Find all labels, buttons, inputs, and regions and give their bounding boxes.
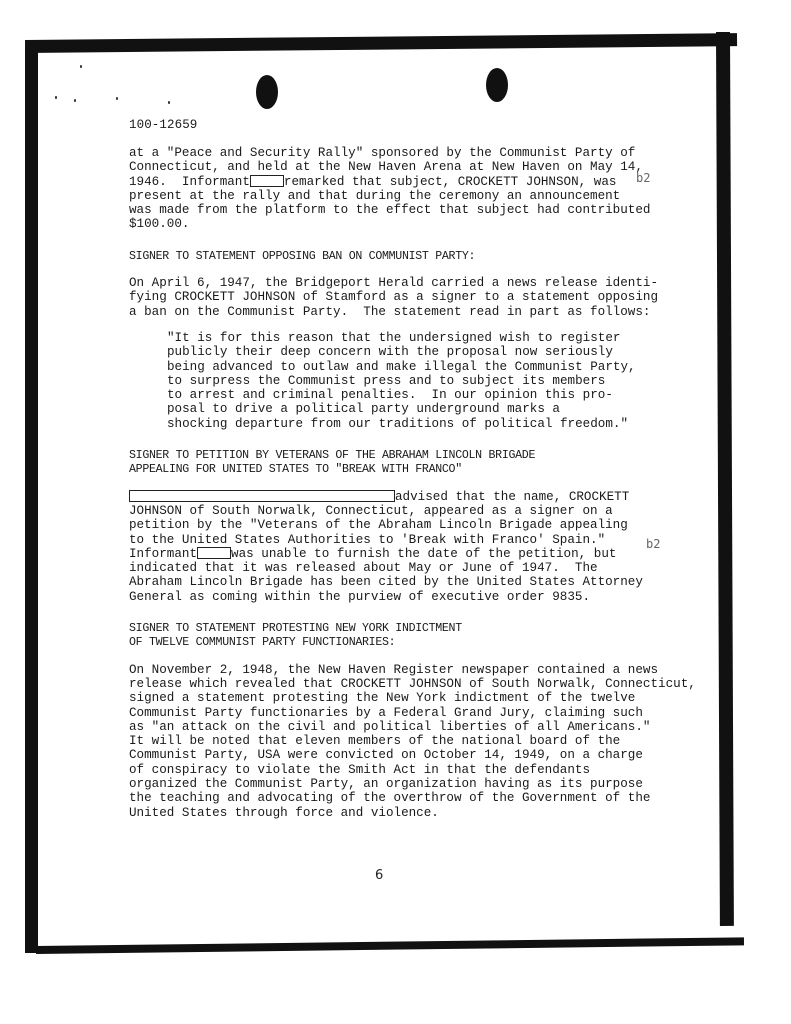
body-line: Abraham Lincoln Brigade has been cited b… xyxy=(129,575,689,589)
page-number: 6 xyxy=(375,868,383,883)
body-line: United States through force and violence… xyxy=(129,806,689,820)
body-line: Communist Party, USA were convicted on O… xyxy=(129,748,689,762)
body-line: at a "Peace and Security Rally" sponsore… xyxy=(129,146,689,160)
section-heading: SIGNER TO STATEMENT PROTESTING NEW YORK … xyxy=(129,622,689,636)
body-line: was made from the platform to the effect… xyxy=(129,203,689,217)
body-line: indicated that it was released about May… xyxy=(129,561,689,575)
body-text: advised that the name, CROCKETT xyxy=(395,490,629,504)
quote-line: to arrest and criminal penalties. In our… xyxy=(167,388,689,402)
body-line: JOHNSON of South Norwalk, Connecticut, a… xyxy=(129,504,689,518)
block-quote: "It is for this reason that the undersig… xyxy=(167,331,689,431)
section-heading: SIGNER TO STATEMENT OPPOSING BAN ON COMM… xyxy=(129,250,689,264)
scan-border-top xyxy=(25,33,737,53)
body-text: 1946. Informant xyxy=(129,175,250,189)
quote-line: posal to drive a political party undergr… xyxy=(167,402,689,416)
body-line: advised that the name, CROCKETT xyxy=(129,490,689,504)
body-line: petition by the "Veterans of the Abraham… xyxy=(129,518,689,532)
file-number: 100-12659 xyxy=(129,118,689,132)
body-line: as "an attack on the civil and political… xyxy=(129,720,689,734)
body-line: the teaching and advocating of the overt… xyxy=(129,791,689,805)
body-line: organized the Communist Party, an organi… xyxy=(129,777,689,791)
body-line: General as coming within the purview of … xyxy=(129,590,689,604)
body-line: 1946. Informantremarked that subject, CR… xyxy=(129,175,689,189)
body-line: On November 2, 1948, the New Haven Regis… xyxy=(129,663,689,677)
body-line: release which revealed that CROCKETT JOH… xyxy=(129,677,689,691)
punch-hole xyxy=(256,75,278,109)
section-rally: at a "Peace and Security Rally" sponsore… xyxy=(129,146,689,232)
punch-hole xyxy=(486,68,508,102)
scan-speck xyxy=(116,97,118,100)
section-indictment: SIGNER TO STATEMENT PROTESTING NEW YORK … xyxy=(129,622,689,820)
scan-speck xyxy=(80,65,82,68)
body-line: Informantwas unable to furnish the date … xyxy=(129,547,689,561)
redaction-box xyxy=(250,175,284,187)
body-line: It will be noted that eleven members of … xyxy=(129,734,689,748)
body-line: present at the rally and that during the… xyxy=(129,189,689,203)
body-line: fying CROCKETT JOHNSON of Stamford as a … xyxy=(129,290,689,304)
body-line: of conspiracy to violate the Smith Act i… xyxy=(129,763,689,777)
body-line: signed a statement protesting the New Yo… xyxy=(129,691,689,705)
redaction-box xyxy=(129,490,395,502)
body-line: On April 6, 1947, the Bridgeport Herald … xyxy=(129,276,689,290)
scan-speck xyxy=(74,99,76,102)
body-line: a ban on the Communist Party. The statem… xyxy=(129,305,689,319)
section-ban: SIGNER TO STATEMENT OPPOSING BAN ON COMM… xyxy=(129,250,689,431)
document-page: 100-12659 at a "Peace and Security Rally… xyxy=(129,118,689,820)
scan-border-left xyxy=(25,45,38,953)
section-franco: SIGNER TO PETITION BY VETERANS OF THE AB… xyxy=(129,449,689,604)
section-heading: APPEALING FOR UNITED STATES TO "BREAK WI… xyxy=(129,463,689,477)
section-heading: OF TWELVE COMMUNIST PARTY FUNCTIONARIES: xyxy=(129,636,689,650)
quote-line: publicly their deep concern with the pro… xyxy=(167,345,689,359)
body-text: Informant xyxy=(129,547,197,561)
quote-line: "It is for this reason that the undersig… xyxy=(167,331,689,345)
redaction-box xyxy=(197,547,231,559)
body-line: Communist Party functionaries by a Feder… xyxy=(129,706,689,720)
scan-speck xyxy=(168,101,170,104)
body-text: was unable to furnish the date of the pe… xyxy=(231,547,616,561)
body-line: to the United States Authorities to 'Bre… xyxy=(129,533,689,547)
quote-line: to surpress the Communist press and to s… xyxy=(167,374,689,388)
quote-line: being advanced to outlaw and make illega… xyxy=(167,360,689,374)
body-line: $100.00. xyxy=(129,217,689,231)
scan-border-right xyxy=(716,32,734,926)
section-heading: SIGNER TO PETITION BY VETERANS OF THE AB… xyxy=(129,449,689,463)
body-line: Connecticut, and held at the New Haven A… xyxy=(129,160,689,174)
quote-line: shocking departure from our traditions o… xyxy=(167,417,689,431)
scan-speck xyxy=(55,96,57,99)
body-text: remarked that subject, CROCKETT JOHNSON,… xyxy=(284,175,617,189)
scan-border-bottom xyxy=(36,937,744,954)
